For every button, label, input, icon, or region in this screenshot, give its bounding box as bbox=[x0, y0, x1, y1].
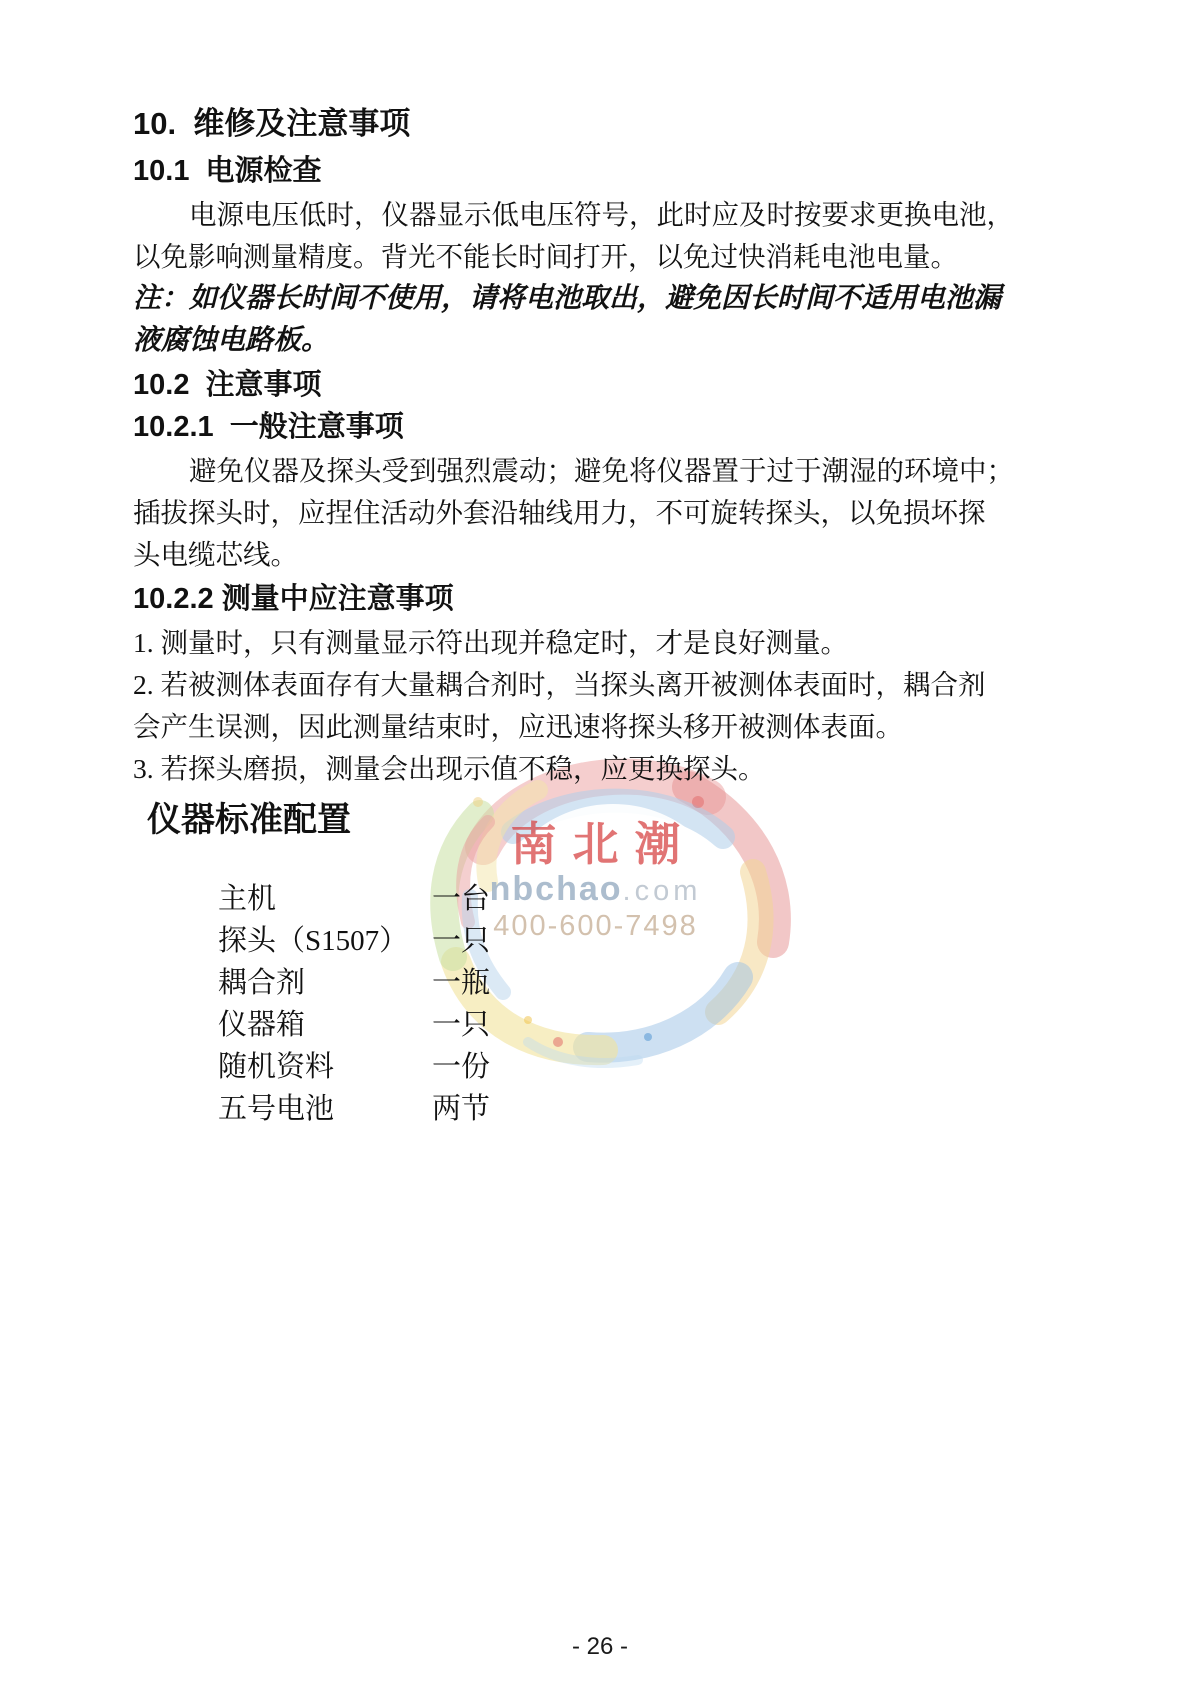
general-care-line-2: 插拔探头时，应捏住活动外套沿轴线用力，不可旋转探头，以免损坏探 bbox=[133, 492, 1013, 534]
measure-note-line-1: 1. 测量时，只有测量显示符出现并稳定时，才是良好测量。 bbox=[133, 622, 1013, 664]
config-item-name: 仪器箱 bbox=[218, 1004, 432, 1046]
section-10-1-heading: 10.1 电源检查 bbox=[133, 152, 1013, 190]
config-item-name: 耦合剂 bbox=[218, 962, 432, 1004]
config-item-qty: 一台 bbox=[432, 878, 490, 920]
config-item-qty: 一份 bbox=[432, 1046, 490, 1088]
section-10-2-heading: 10.2 注意事项 bbox=[133, 366, 1013, 404]
battery-note-line-2: 液腐蚀电路板。 bbox=[133, 320, 1013, 362]
config-item-name: 探头（S1507） bbox=[218, 920, 432, 962]
battery-note-line-1: 注：如仪器长时间不使用，请将电池取出，避免因长时间不适用电池漏 bbox=[133, 278, 1013, 320]
config-section-title: 仪器标准配置 bbox=[147, 798, 1013, 842]
section-10-heading: 10. 维修及注意事项 bbox=[133, 104, 1013, 144]
page-number: - 26 - bbox=[0, 1633, 1200, 1661]
power-check-line-2: 以免影响测量精度。背光不能长时间打开，以免过快消耗电池电量。 bbox=[133, 236, 1013, 278]
config-item-qty: 一只 bbox=[432, 920, 490, 962]
config-item-qty: 两节 bbox=[432, 1088, 490, 1130]
config-list: 主机 一台 探头（S1507） 一只 耦合剂 一瓶 仪器箱 一只 随机资料 一份… bbox=[133, 878, 1013, 1130]
document-content: 10. 维修及注意事项 10.1 电源检查 电源电压低时，仪器显示低电压符号，此… bbox=[133, 104, 1013, 1130]
measure-note-line-4: 3. 若探头磨损，测量会出现示值不稳，应更换探头。 bbox=[133, 748, 1013, 790]
measure-note-line-2: 2. 若被测体表面存有大量耦合剂时，当探头离开被测体表面时，耦合剂 bbox=[133, 664, 1013, 706]
section-10-2-2-heading: 10.2.2 测量中应注意事项 bbox=[133, 580, 1013, 618]
general-care-line-1: 避免仪器及探头受到强烈震动；避免将仪器置于过于潮湿的环境中； bbox=[133, 450, 1013, 492]
config-row: 耦合剂 一瓶 bbox=[218, 962, 1013, 1004]
config-row: 主机 一台 bbox=[218, 878, 1013, 920]
general-care-line-3: 头电缆芯线。 bbox=[133, 534, 1013, 576]
section-10-2-1-heading: 10.2.1 一般注意事项 bbox=[133, 408, 1013, 446]
config-item-name: 主机 bbox=[218, 878, 432, 920]
config-item-name: 随机资料 bbox=[218, 1046, 432, 1088]
config-row: 随机资料 一份 bbox=[218, 1046, 1013, 1088]
config-row: 探头（S1507） 一只 bbox=[218, 920, 1013, 962]
measure-note-line-3: 会产生误测，因此测量结束时，应迅速将探头移开被测体表面。 bbox=[133, 706, 1013, 748]
config-row: 五号电池 两节 bbox=[218, 1088, 1013, 1130]
manual-page: 南北潮 nbchao.com 400-600-7498 10. 维修及注意事项 … bbox=[0, 0, 1200, 1702]
power-check-line-1: 电源电压低时，仪器显示低电压符号，此时应及时按要求更换电池， bbox=[133, 194, 1013, 236]
config-row: 仪器箱 一只 bbox=[218, 1004, 1013, 1046]
config-item-qty: 一瓶 bbox=[432, 962, 490, 1004]
config-item-name: 五号电池 bbox=[218, 1088, 432, 1130]
config-item-qty: 一只 bbox=[432, 1004, 490, 1046]
